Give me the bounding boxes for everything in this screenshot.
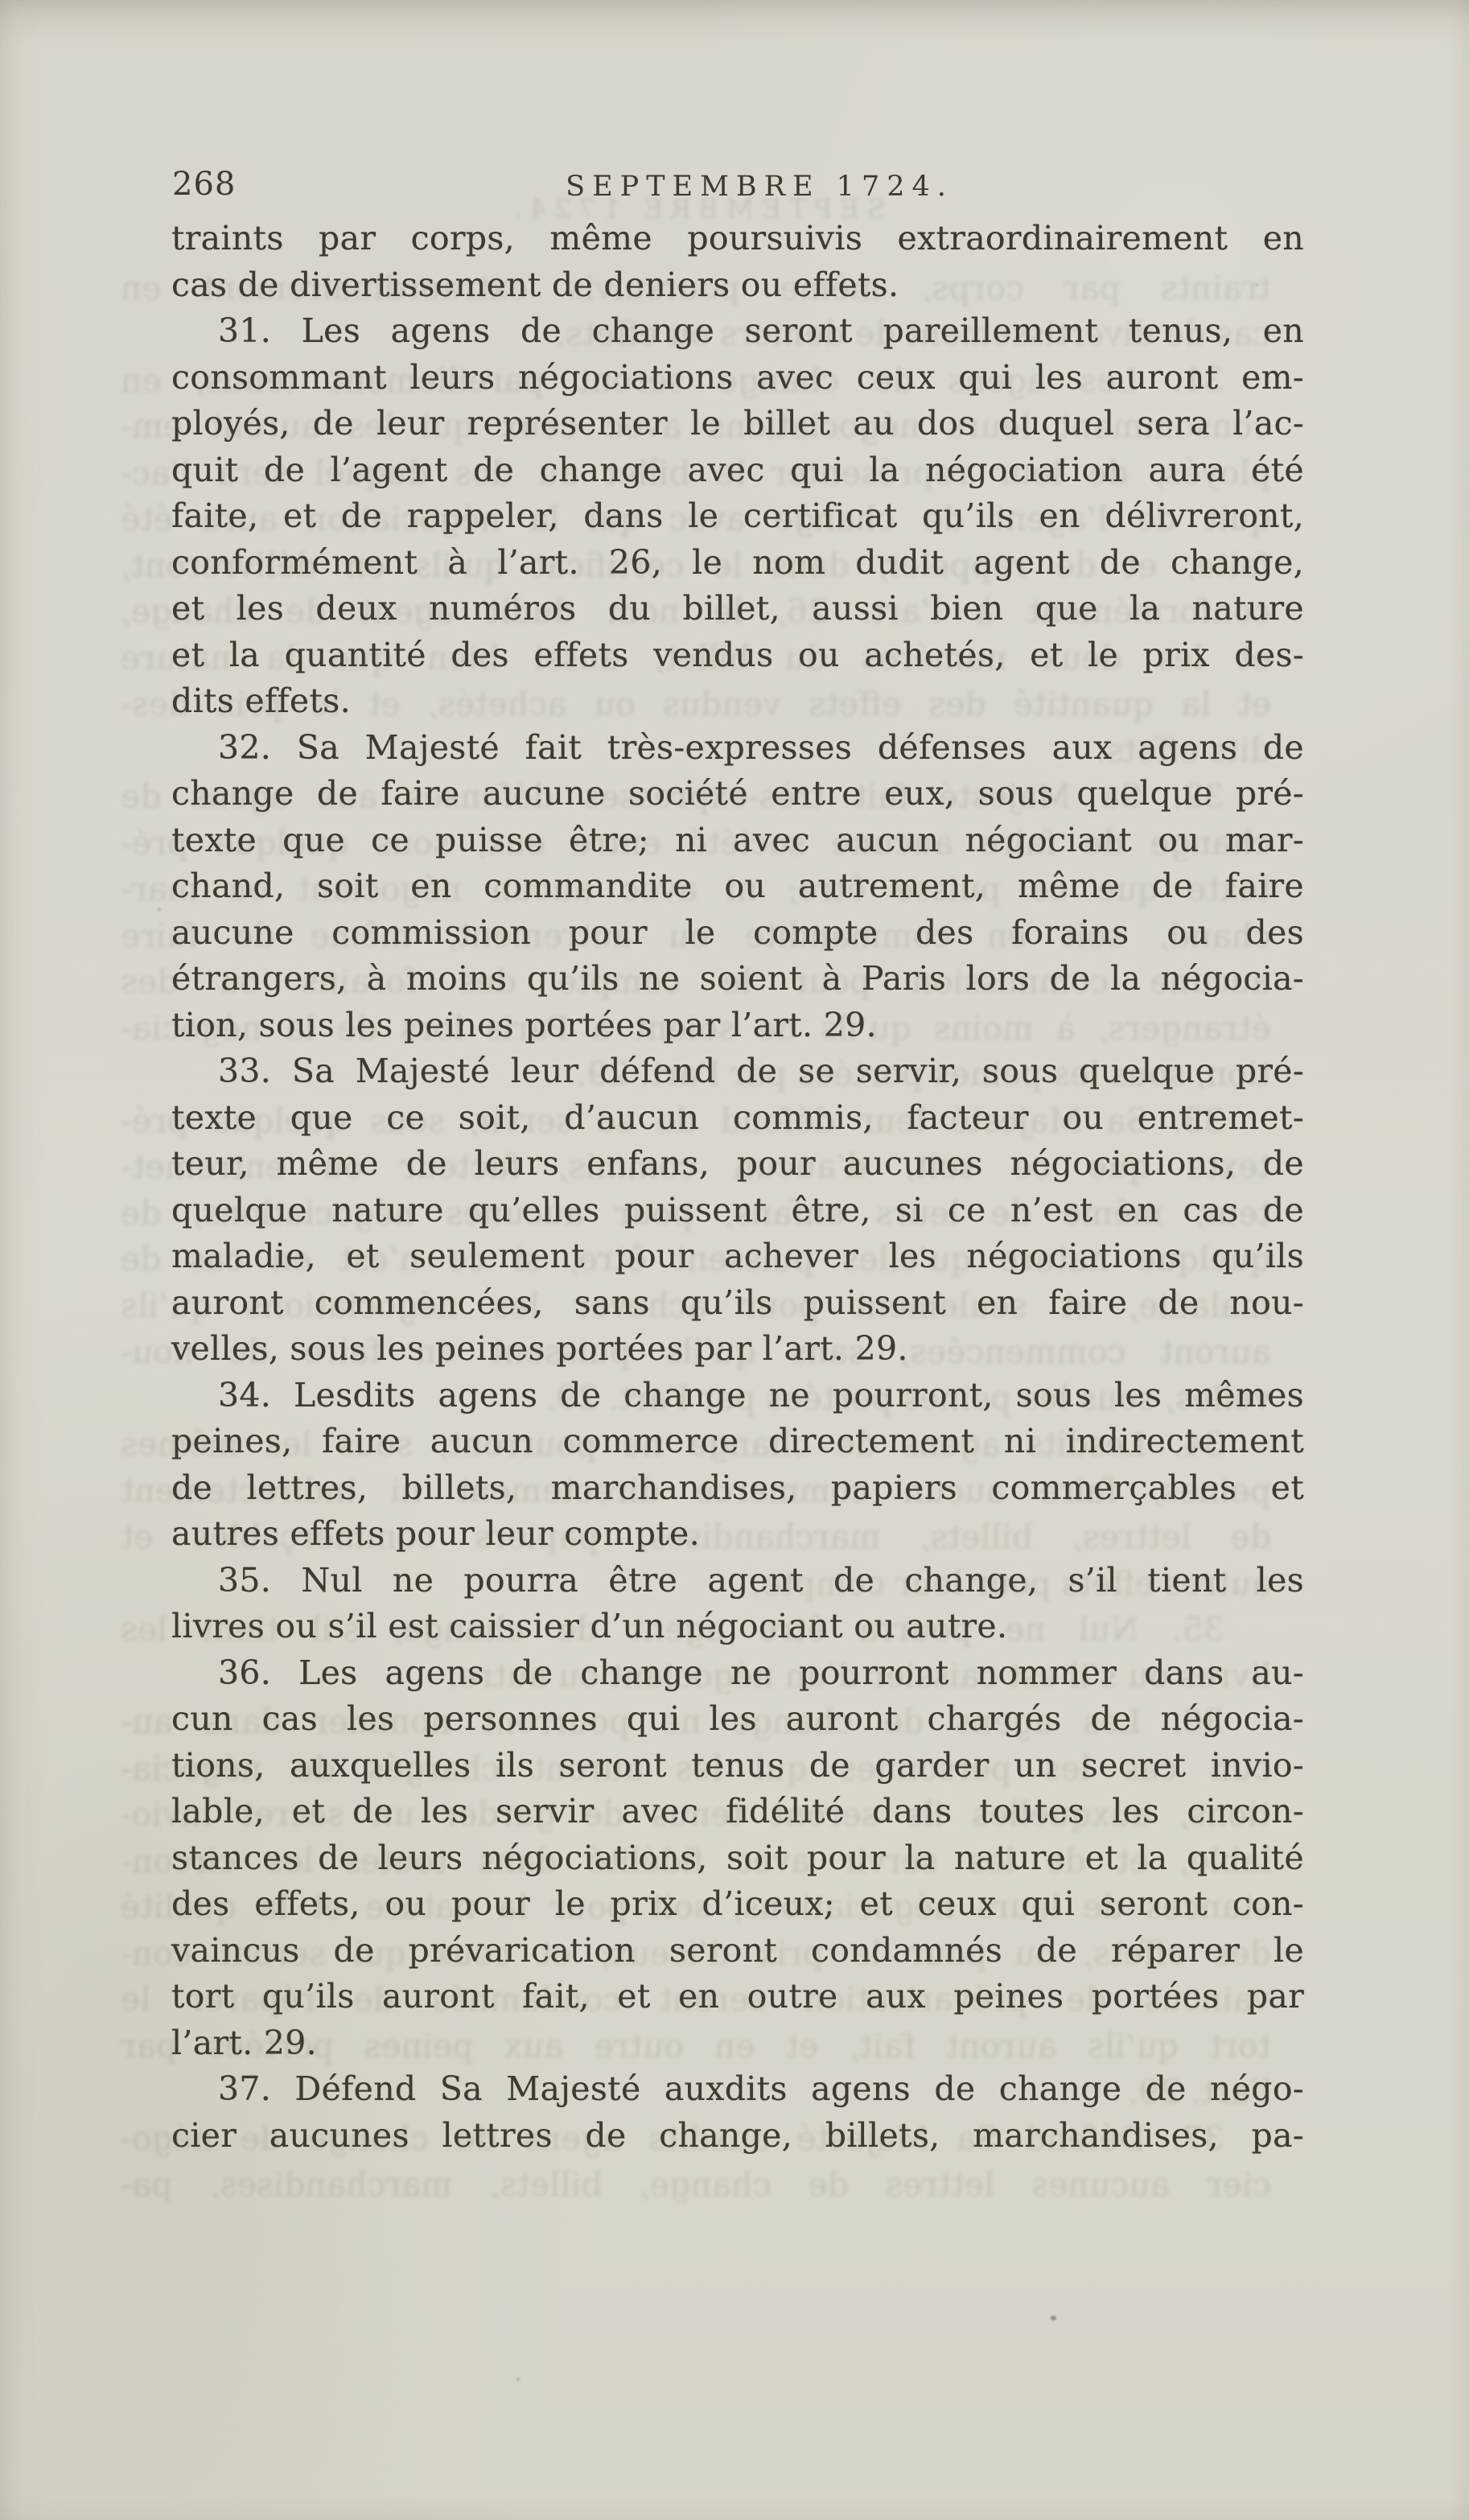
text-line: cas de divertissement de deniers ou effe… bbox=[171, 262, 1304, 309]
text-line: 32. Sa Majesté fait très-expresses défen… bbox=[171, 725, 1304, 772]
text-line: des effets, ou pour le prix d’iceux; et … bbox=[171, 1881, 1304, 1928]
text-line: 31. Les agens de change seront pareillem… bbox=[171, 308, 1304, 355]
text-line: teur, même de leurs enfans, pour aucunes… bbox=[171, 1141, 1304, 1188]
text-line: 34. Lesdits agens de change ne pourront,… bbox=[171, 1373, 1304, 1419]
text-line: et les deux numéros du billet, aussi bie… bbox=[171, 586, 1304, 632]
page-number: 268 bbox=[172, 166, 236, 203]
text-line: cier aucunes lettres de change, billets,… bbox=[171, 2113, 1304, 2160]
text-line: l’art. 29. bbox=[171, 2020, 1304, 2067]
text-line: maladie, et seulement pour achever les n… bbox=[171, 1233, 1304, 1280]
text-line: chand, soit en commandite ou autrement, … bbox=[171, 863, 1304, 910]
ink-speck bbox=[516, 2378, 520, 2381]
text-line: lable, et de les servir avec fidélité da… bbox=[171, 1789, 1304, 1835]
text-line: étrangers, à moins qu’ils ne soient à Pa… bbox=[171, 956, 1304, 1003]
text-line: vaincus de prévarication seront condamné… bbox=[171, 1928, 1304, 1974]
text-line: cier aucunes lettres de change, billets,… bbox=[121, 2162, 1271, 2209]
text-line: cun cas les personnes qui les auront cha… bbox=[171, 1696, 1304, 1743]
text-line: 36. Les agens de change ne pourront nomm… bbox=[171, 1650, 1304, 1697]
text-line: change de faire aucune société entre eux… bbox=[171, 771, 1304, 817]
text-line: quelque nature qu’elles puissent être, s… bbox=[171, 1188, 1304, 1234]
ink-speck bbox=[158, 908, 161, 912]
text-line: peines, faire aucun commerce directement… bbox=[171, 1419, 1304, 1465]
text-line: tions, auxquelles ils seront tenus de ga… bbox=[171, 1743, 1304, 1789]
text-line: quit de l’agent de change avec qui la né… bbox=[171, 447, 1304, 494]
text-line: consommant leurs négociations avec ceux … bbox=[171, 355, 1304, 401]
text-line: faite, et de rappeler, dans le certifica… bbox=[171, 493, 1304, 540]
text-line: 33. Sa Majesté leur défend de se servir,… bbox=[171, 1048, 1304, 1095]
text-line: et la quantité des effets vendus ou ache… bbox=[171, 632, 1304, 679]
text-line: conformément à l’art. 26, le nom dudit a… bbox=[171, 540, 1304, 587]
book-page-scan: SEPTEMBRE 1724.traints par corps, même p… bbox=[0, 0, 1469, 2520]
text-line: tort qu’ils auront fait, et en outre aux… bbox=[171, 1974, 1304, 2020]
text-line: 37. Défend Sa Majesté auxdits agens de c… bbox=[171, 2066, 1304, 2113]
text-block: traints par corps, même poursuivis extra… bbox=[171, 216, 1304, 2159]
text-line: aucune commission pour le compte des for… bbox=[171, 910, 1304, 957]
text-line: velles, sous les peines portées par l’ar… bbox=[171, 1326, 1304, 1373]
text-line: tion, sous les peines portées par l’art.… bbox=[171, 1003, 1304, 1049]
text-line: de lettres, billets, marchandises, papie… bbox=[171, 1465, 1304, 1512]
text-line: autres effets pour leur compte. bbox=[171, 1511, 1304, 1558]
text-line: auront commencées, sans qu’ils puissent … bbox=[171, 1280, 1304, 1327]
text-line: ployés, de leur représenter le billet au… bbox=[171, 401, 1304, 447]
text-line: stances de leurs négociations, soit pour… bbox=[171, 1835, 1304, 1882]
text-line: 35. Nul ne pourra être agent de change, … bbox=[171, 1558, 1304, 1604]
ink-speck bbox=[1051, 2316, 1056, 2320]
text-line: dits effets. bbox=[171, 678, 1304, 725]
text-line: livres ou s’il est caissier d’un négocia… bbox=[171, 1604, 1304, 1650]
text-line: texte que ce puisse être; ni avec aucun … bbox=[171, 817, 1304, 864]
text-line: traints par corps, même poursuivis extra… bbox=[171, 216, 1304, 262]
running-title: SEPTEMBRE 1724. bbox=[566, 171, 953, 203]
text-line: texte que ce soit, d’aucun commis, facte… bbox=[171, 1095, 1304, 1142]
